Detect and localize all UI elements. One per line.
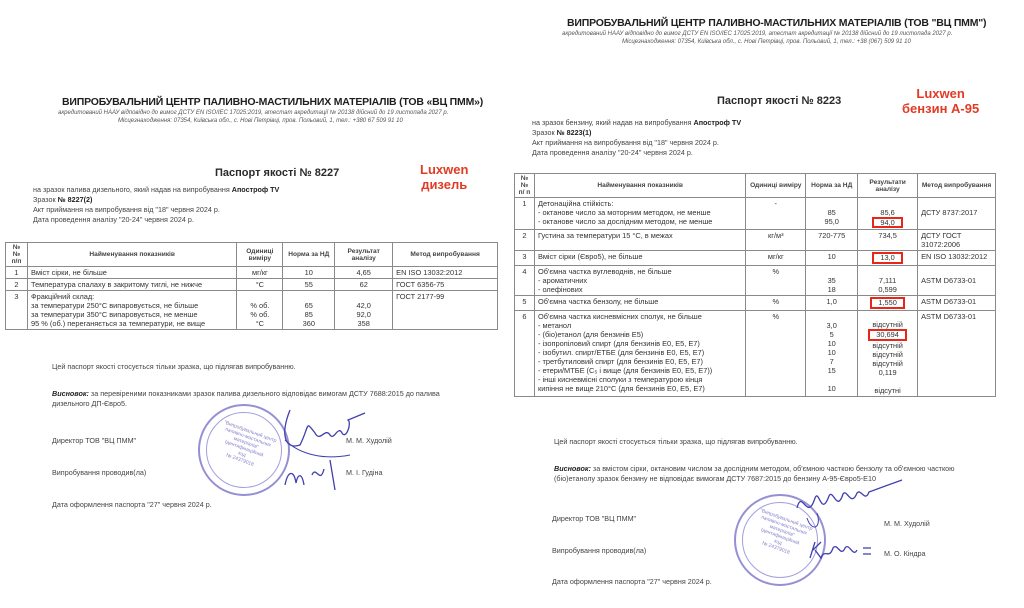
result-value: 1,550	[858, 296, 918, 311]
gasoline-results-table: № № п/ пНайменування показниківОдиниці в…	[514, 173, 996, 397]
row-number: 2	[6, 279, 28, 291]
sample-line-prefix: на зразок палива дизельного, який надав …	[33, 185, 230, 194]
row-number: 1	[6, 267, 28, 279]
indicator-name: Фракційний склад: за температури 250°C в…	[27, 291, 236, 330]
sample-client: Апостроф TV	[694, 118, 742, 127]
indicator-name: Об'ємна частка вуглеводнів, не більше - …	[534, 266, 745, 296]
sample-no: № 8223(1)	[557, 128, 592, 137]
norm-value: 720-775	[806, 230, 858, 251]
unit: % об. % об. °C	[237, 291, 283, 330]
org-address: Місцезнаходження: 07354, Київська обл., …	[118, 118, 403, 124]
diesel-results-table: № № п/пНайменування показниківОдиниці ви…	[5, 242, 498, 330]
norm-value: 55	[283, 279, 335, 291]
brand-name: Luxwen	[420, 163, 468, 178]
indicator-name: Густина за температури 15 °C, в межах	[534, 230, 745, 251]
analysis-date-line: Дата проведення аналізу "20-24" червня 2…	[532, 148, 693, 157]
table-row: 1Детонаційна стійкість: - октанове число…	[515, 198, 996, 230]
act-line: Акт приймання на випробування від "18" ч…	[532, 138, 719, 147]
col-method-header: Метод випробування	[393, 243, 498, 267]
director-role: Директор ТОВ "ВЦ ПММ"	[52, 436, 136, 445]
unit: %	[746, 296, 806, 311]
col-result-header: Результати аналізу	[858, 174, 918, 198]
result-value: відсутній30,694відсутнійвідсутнійвідсутн…	[858, 310, 918, 396]
tester-role: Випробування проводив(ла)	[52, 468, 146, 477]
tester-role: Випробування проводив(ла)	[552, 546, 646, 555]
brand-label: Luxwen бензин А-95	[902, 87, 979, 117]
col-norm-header: Норма за НД	[283, 243, 335, 267]
issue-date: Дата оформлення паспорта "27" червня 202…	[552, 577, 712, 586]
col-indicator-name-header: Найменування показників	[27, 243, 236, 267]
row-number: 4	[515, 266, 535, 296]
test-method: ДСТУ 8737:2017	[918, 198, 996, 230]
sample-client: Апостроф TV	[232, 185, 280, 194]
col-indicator-name-header: Найменування показників	[534, 174, 745, 198]
gasoline-quality-passport: ВИПРОБУВАЛЬНИЙ ЦЕНТР ПАЛИВНО-МАСТИЛЬНИХ …	[512, 0, 1024, 608]
norm-value: 35 18	[806, 266, 858, 296]
unit: °C	[237, 279, 283, 291]
unit: %	[746, 266, 806, 296]
table-header-row: № № п/ пНайменування показниківОдиниці в…	[515, 174, 996, 198]
result-line: 734,5	[878, 231, 897, 240]
passport-note: Цей паспорт якості стосується тільки зра…	[52, 362, 296, 371]
conclusion-label: Висновок:	[52, 389, 89, 398]
test-method: EN ISO 13032:2012	[918, 251, 996, 266]
indicator-name: Вміст сірки, не більше	[27, 267, 236, 279]
table-row: 3Вміст сірки (Євро5), не більшемг/кг1013…	[515, 251, 996, 266]
org-title: ВИПРОБУВАЛЬНИЙ ЦЕНТР ПАЛИВНО-МАСТИЛЬНИХ …	[62, 96, 483, 108]
norm-value: 85 95,0	[806, 198, 858, 230]
sample-number-line: Зразок № 8227(2)	[33, 195, 92, 204]
conclusion: Висновок: за перевіреними показниками зр…	[52, 389, 472, 408]
org-title: ВИПРОБУВАЛЬНИЙ ЦЕНТР ПАЛИВНО-МАСТИЛЬНИХ …	[567, 17, 986, 29]
org-accreditation: акредитований НААУ відповідно до вимог Д…	[562, 31, 952, 37]
analysis-date-line: Дата проведення аналізу "20-24" червня 2…	[33, 215, 194, 224]
result-line: 85,6	[880, 208, 894, 217]
norm-value: 10	[806, 251, 858, 266]
sample-no-prefix: Зразок	[532, 128, 555, 137]
unit: мг/кг	[237, 267, 283, 279]
row-number: 3	[515, 251, 535, 266]
result-value: 7,1110,599	[858, 266, 918, 296]
issue-date: Дата оформлення паспорта "27" червня 202…	[52, 500, 212, 509]
sample-no-prefix: Зразок	[33, 195, 56, 204]
fuel-type: дизель	[420, 178, 468, 193]
indicator-name: Температура спалаху в закритому тиглі, н…	[27, 279, 236, 291]
highlighted-noncompliant-result: 94,0	[872, 217, 902, 229]
test-method: ГОСТ 2177-99	[393, 291, 498, 330]
conclusion: Висновок: за вмістом сірки, октановим чи…	[554, 464, 994, 483]
result-value: 85,694,0	[858, 198, 918, 230]
col-unit-header: Одиниці виміру	[237, 243, 283, 267]
unit: мг/кг	[746, 251, 806, 266]
table-row: 2Температура спалаху в закритому тиглі, …	[6, 279, 498, 291]
test-method: EN ISO 13032:2012	[393, 267, 498, 279]
row-number: 3	[6, 291, 28, 330]
indicator-name: Об'ємна частка кисневмісних сполук, не б…	[534, 310, 745, 396]
result-value: 42,0 92,0 358	[335, 291, 393, 330]
row-number: 6	[515, 310, 535, 396]
result-line: відсутній	[872, 341, 903, 350]
result-line: відсутній	[872, 359, 903, 368]
brand-label: Luxwen дизель	[420, 163, 468, 193]
test-method: ASTM D6733-01	[918, 310, 996, 396]
indicator-name: Вміст сірки (Євро5), не більше	[534, 251, 745, 266]
diesel-quality-passport: ВИПРОБУВАЛЬНИЙ ЦЕНТР ПАЛИВНО-МАСТИЛЬНИХ …	[0, 0, 512, 608]
result-value: 4,65	[335, 267, 393, 279]
director-role: Директор ТОВ "ВЦ ПММ"	[552, 514, 636, 523]
conclusion-label: Висновок:	[554, 464, 591, 473]
result-line: 0,599	[878, 285, 897, 294]
norm-value: 65 85 360	[283, 291, 335, 330]
col-unit-header: Одиниці виміру	[746, 174, 806, 198]
result-line: відсутній	[872, 320, 903, 329]
director-signature	[787, 478, 907, 538]
unit: -	[746, 198, 806, 230]
result-line: відсутній	[872, 350, 903, 359]
result-value: 13,0	[858, 251, 918, 266]
row-number: 1	[515, 198, 535, 230]
col-result-header: Результат аналізу	[335, 243, 393, 267]
passport-title: Паспорт якості № 8223	[717, 95, 841, 107]
passport-title: Паспорт якості № 8227	[215, 167, 339, 179]
org-accreditation: акредитований НААУ відповідно до вимог Д…	[58, 110, 448, 116]
org-address: Місцезнаходження: 07354, Київська обл., …	[622, 39, 911, 45]
sample-line: на зразок палива дизельного, який надав …	[33, 185, 279, 194]
table-row: 4Об'ємна частка вуглеводнів, не більше -…	[515, 266, 996, 296]
col-method-header: Метод випробування	[918, 174, 996, 198]
sample-number-line: Зразок № 8223(1)	[532, 128, 591, 137]
row-number: 5	[515, 296, 535, 311]
col-number-header: № № п/п	[6, 243, 28, 267]
highlighted-noncompliant-result: 30,694	[868, 329, 907, 341]
table-header-row: № № п/пНайменування показниківОдиниці ви…	[6, 243, 498, 267]
unit: %	[746, 310, 806, 396]
table-row: 2Густина за температури 15 °C, в межахкг…	[515, 230, 996, 251]
table-row: 5Об'ємна частка бензолу, не більше%1,01,…	[515, 296, 996, 311]
test-method: ASTM D6733-01	[918, 266, 996, 296]
table-row: 3Фракційний склад: за температури 250°C …	[6, 291, 498, 330]
test-method: ГОСТ 6356-75	[393, 279, 498, 291]
tester-signature	[280, 455, 350, 495]
highlighted-noncompliant-result: 13,0	[872, 252, 902, 264]
result-line: 7,111	[879, 276, 896, 285]
indicator-name: Детонаційна стійкість: - октанове число …	[534, 198, 745, 230]
table-row: 6Об'ємна частка кисневмісних сполук, не …	[515, 310, 996, 396]
result-line: відсутні	[874, 386, 900, 395]
norm-value: 10	[283, 267, 335, 279]
act-line: Акт приймання на випробування від "18" ч…	[33, 205, 220, 214]
unit: кг/м³	[746, 230, 806, 251]
highlighted-noncompliant-result: 1,550	[870, 297, 905, 309]
col-number-header: № № п/ п	[515, 174, 535, 198]
indicator-name: Об'ємна частка бензолу, не більше	[534, 296, 745, 311]
row-number: 2	[515, 230, 535, 251]
col-norm-header: Норма за НД	[806, 174, 858, 198]
sample-line-prefix: на зразок бензину, який надав на випробу…	[532, 118, 692, 127]
result-value: 734,5	[858, 230, 918, 251]
norm-value: 3,0 5 10 10 7 15 10	[806, 310, 858, 396]
result-line: 0,119	[879, 368, 897, 377]
test-method: ДСТУ ГОСТ 31072:2006	[918, 230, 996, 251]
fuel-type: бензин А-95	[902, 102, 979, 117]
result-value: 62	[335, 279, 393, 291]
tester-name: М. О. Кіндра	[884, 549, 926, 558]
sample-no: № 8227(2)	[58, 195, 93, 204]
tester-signature	[807, 536, 877, 566]
sample-line: на зразок бензину, який надав на випробу…	[532, 118, 741, 127]
test-method: ASTM D6733-01	[918, 296, 996, 311]
brand-name: Luxwen	[902, 87, 979, 102]
norm-value: 1,0	[806, 296, 858, 311]
table-row: 1Вміст сірки, не більшемг/кг104,65EN ISO…	[6, 267, 498, 279]
passport-note: Цей паспорт якості стосується тільки зра…	[554, 437, 798, 446]
